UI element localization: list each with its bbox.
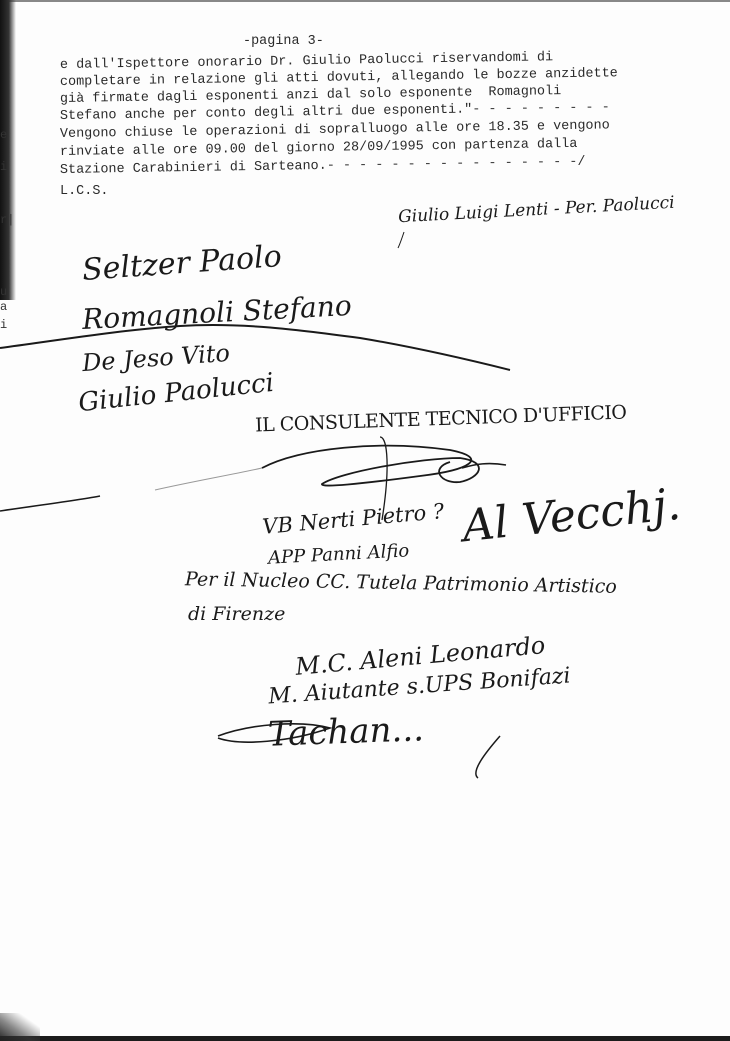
scan-bottom-corner-shadow bbox=[0, 1013, 40, 1041]
scan-bottom-edge bbox=[0, 1036, 730, 1041]
scanned-document-page: e i r| u a i -pagina 3- e dall'Ispettore… bbox=[0, 0, 730, 1041]
margin-fragment: u bbox=[0, 285, 7, 299]
margin-fragment: e bbox=[0, 128, 7, 142]
final-signature: Tachan... bbox=[267, 709, 424, 754]
unit-line-1: Per il Nucleo CC. Tutela Patrimonio Arti… bbox=[185, 568, 617, 598]
stray-line-upper bbox=[0, 325, 510, 370]
margin-fragment: i bbox=[0, 160, 7, 174]
margin-fragment: i bbox=[0, 318, 7, 332]
signature-seltzer: Seltzer Paolo bbox=[81, 239, 283, 288]
consultant-title: IL CONSULENTE TECNICO D'UFFICIO bbox=[255, 402, 627, 437]
faint-line bbox=[155, 468, 262, 490]
large-signature: Al Vecchj. bbox=[460, 479, 683, 553]
scan-left-edge-shadow bbox=[0, 0, 16, 300]
vb-signature-line: VB Nerti Pietro ? bbox=[261, 499, 445, 539]
margin-fragment: r| bbox=[0, 213, 14, 227]
app-signature-line: APP Panni Alfio bbox=[268, 540, 410, 568]
scan-top-edge bbox=[0, 0, 730, 2]
top-right-signature: Giulio Luigi Lenti - Per. Paolucci bbox=[398, 193, 675, 227]
unit-line-2: di Firenze bbox=[188, 603, 285, 625]
consultant-signature-loop bbox=[262, 446, 479, 486]
signature-romagnoli: Romagnoli Stefano bbox=[81, 289, 352, 336]
margin-fragment: a bbox=[0, 300, 7, 314]
signature-de-jeso: De Jeso Vito bbox=[81, 339, 231, 377]
page-header: -pagina 3- bbox=[243, 34, 324, 49]
stray-line-lower bbox=[0, 496, 100, 511]
body-line-8: L.C.S. bbox=[60, 184, 109, 199]
